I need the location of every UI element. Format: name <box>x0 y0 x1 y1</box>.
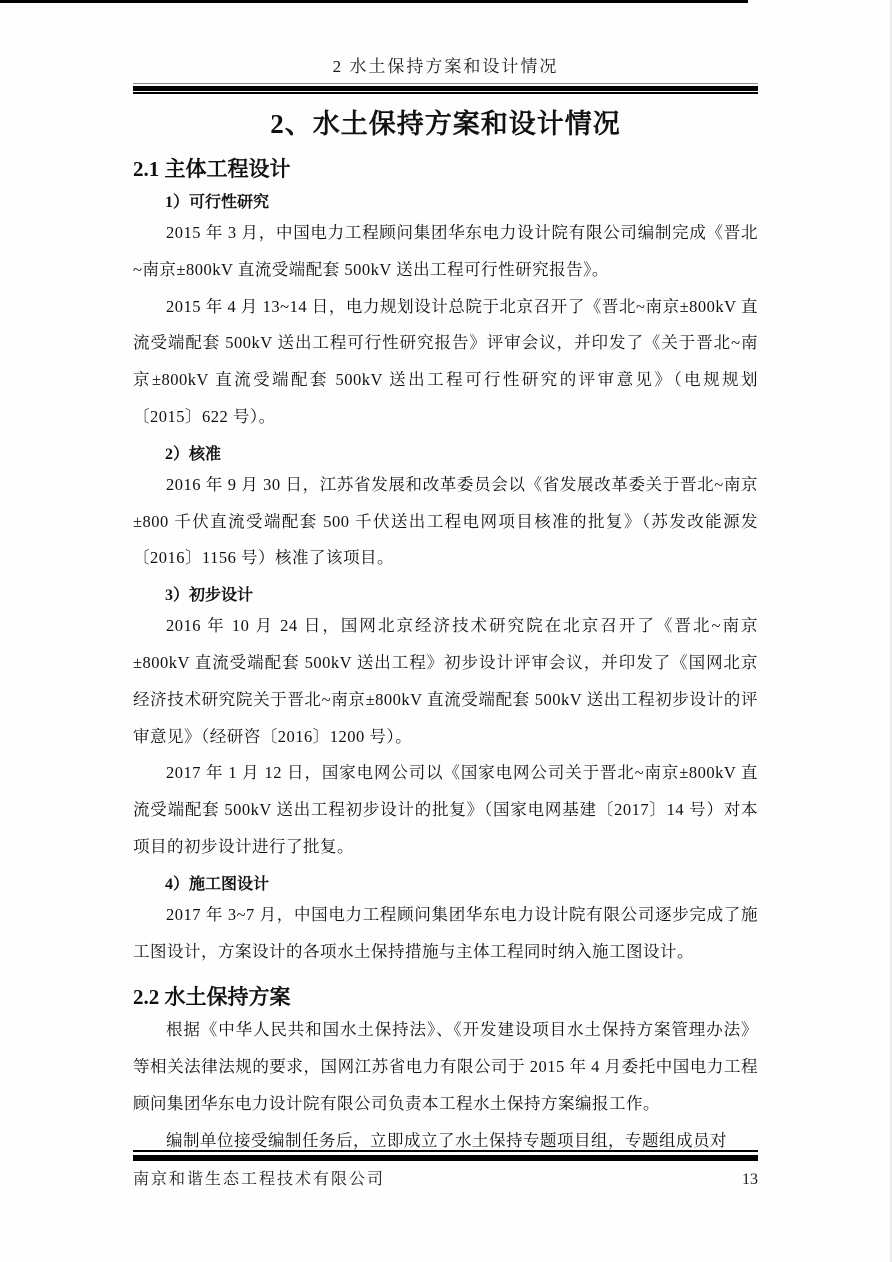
footer-rule-thin-line <box>133 1150 758 1152</box>
footer-page-number: 13 <box>742 1171 758 1189</box>
subheading-construction-drawing: 4）施工图设计 <box>133 873 758 897</box>
running-header-title: 2 水土保持方案和设计情况 <box>133 56 758 78</box>
header-rule <box>133 83 758 94</box>
header-rule-thick-line <box>133 86 758 91</box>
paragraph-feasibility-2: 2015 年 4 月 13~14 日，电力规划设计总院于北京召开了《晋北~南京±… <box>133 289 758 436</box>
section-heading-2-2: 2.2 水土保持方案 <box>133 982 758 1012</box>
footer-rule-thick-line <box>133 1155 758 1161</box>
scan-artifact-line <box>0 0 748 3</box>
document-page: 2 水土保持方案和设计情况 2、水土保持方案和设计情况 2.1 主体工程设计 1… <box>0 0 892 1262</box>
paragraph-soil-plan-1: 根据《中华人民共和国水土保持法》、《开发建设项目水土保持方案管理办法》等相关法律… <box>133 1012 758 1122</box>
page-header: 2 水土保持方案和设计情况 <box>133 56 758 94</box>
section-heading-2-1: 2.1 主体工程设计 <box>133 154 758 184</box>
header-rule-thin-line <box>133 83 758 84</box>
paragraph-feasibility-1: 2015 年 3 月，中国电力工程顾问集团华东电力设计院有限公司编制完成《晋北~… <box>133 215 758 289</box>
header-rule-bottom-line <box>133 92 758 94</box>
footer-rule <box>133 1150 758 1161</box>
page-footer: 南京和谐生态工程技术有限公司 13 <box>133 1150 758 1189</box>
footer-company-name: 南京和谐生态工程技术有限公司 <box>133 1166 385 1189</box>
subheading-preliminary-design: 3）初步设计 <box>133 584 758 608</box>
paragraph-approval: 2016 年 9 月 30 日，江苏省发展和改革委员会以《省发展改革委关于晋北~… <box>133 467 758 577</box>
paragraph-preliminary-design-1: 2016 年 10 月 24 日，国网北京经济技术研究院在北京召开了《晋北~南京… <box>133 608 758 755</box>
paragraph-preliminary-design-2: 2017 年 1 月 12 日，国家电网公司以《国家电网公司关于晋北~南京±80… <box>133 755 758 865</box>
chapter-title: 2、水土保持方案和设计情况 <box>133 106 758 142</box>
subheading-feasibility: 1）可行性研究 <box>133 191 758 215</box>
subheading-approval: 2）核准 <box>133 443 758 467</box>
paragraph-construction-drawing: 2017 年 3~7 月，中国电力工程顾问集团华东电力设计院有限公司逐步完成了施… <box>133 897 758 971</box>
